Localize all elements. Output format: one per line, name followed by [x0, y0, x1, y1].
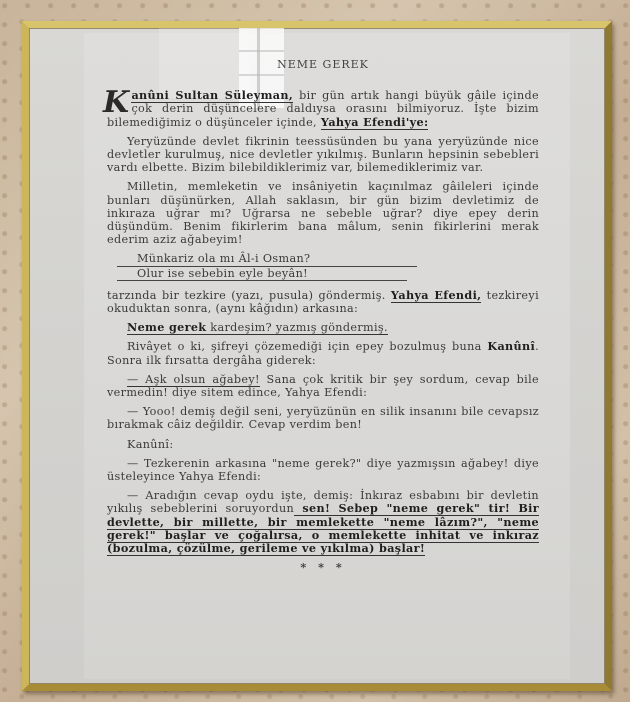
intro-paragraph: Kanûni Sultan Süleyman, bir gün artık ha…	[107, 89, 539, 129]
closing-asterisks: * * *	[107, 561, 539, 574]
paragraph-1: Yeryüzünde devlet fikrinin teessüsünden …	[107, 135, 539, 175]
dialogue-1: — Aşk olsun ağabey! Sana çok kritik bir …	[107, 373, 539, 399]
drop-cap: K	[103, 91, 129, 115]
letter-paragraph: tarzında bir tezkire (yazı, pusula) gönd…	[107, 289, 539, 315]
dialogue-3: — Tezkerenin arkasına "neme gerek?" diye…	[107, 457, 539, 483]
rivayet-paragraph: Rivâyet o ki, şifreyi çözemediği için ep…	[107, 340, 539, 366]
intro-name: anûni Sultan Süleyman,	[131, 88, 293, 103]
paragraph-2: Milletin, memleketin ve insâniyetin kaçı…	[107, 180, 539, 246]
reply-underlined: Neme gerek kardeşim? yazmış göndermiş.	[127, 321, 388, 335]
speaker-label: Kanûnî:	[107, 438, 539, 451]
framed-text: NEME GEREK Kanûni Sultan Süleyman, bir g…	[107, 58, 539, 575]
dialogue-2: — Yooo! demiş değil seni, yeryüzünün en …	[107, 405, 539, 431]
dialogue-4: — Aradığın cevap oydu işte, demiş: İnkır…	[107, 489, 539, 555]
verse-line-2: Olur ise sebebin eyle beyân!	[117, 267, 407, 281]
reply-paragraph: Neme gerek kardeşim? yazmış göndermiş.	[107, 321, 539, 334]
verse-line-1: Münkariz ola mı Âl-i Osman?	[117, 252, 417, 266]
letter-name: Yahya Efendi,	[391, 288, 482, 303]
picture-frame: NEME GEREK Kanûni Sultan Süleyman, bir g…	[22, 21, 612, 691]
rivayet-name: Kanûnî	[487, 339, 535, 353]
intro-addressee: Yahya Efendi'ye:	[321, 115, 429, 130]
verse: Münkariz ola mı Âl-i Osman? Olur ise seb…	[117, 252, 539, 280]
page-title: NEME GEREK	[107, 58, 539, 71]
